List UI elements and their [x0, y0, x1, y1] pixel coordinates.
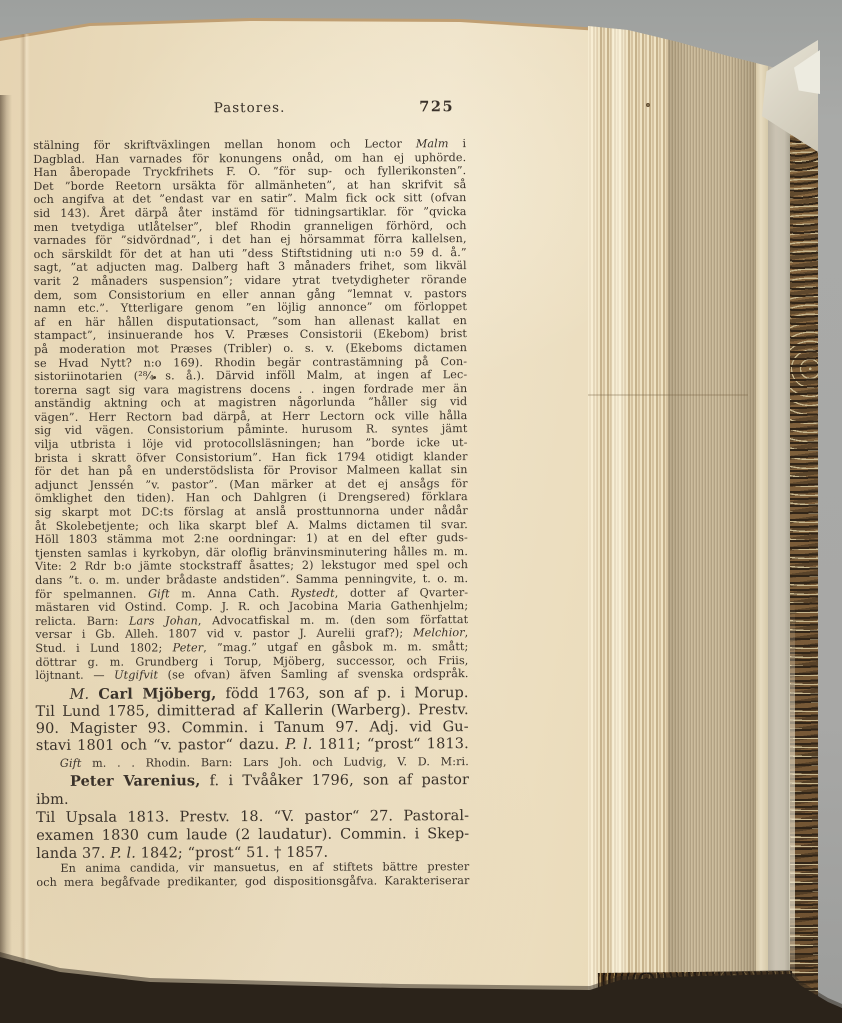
text-line: Til Upsala 1813. Prestv. 18. “V. pastor“…: [36, 807, 469, 827]
running-header-title: Pastores.: [214, 100, 286, 116]
text-line: dans ”t. o. m. under brådaste andstiden”…: [35, 572, 468, 587]
text-line: Gift m. . . Rhodin. Barn: Lars Joh. och …: [36, 755, 469, 770]
page-stack-band-fine: [668, 0, 756, 1005]
text-line: vilja utbrista i löje vid protocollsläsn…: [34, 436, 467, 451]
paragraph-varenius-note: En anima candida, vir mansuetus, en af s…: [36, 860, 469, 889]
text-line: löjtnant. — Utgifvit (se ofvan) äfven Sa…: [35, 667, 468, 682]
text-line: sig skarpt mot DC:ts förslag at anslå pr…: [35, 504, 468, 519]
text-line: examen 1830 cum laude (2 laudatur). Comm…: [36, 825, 469, 845]
paragraph-carl-mjoberg: M. Carl Mjöberg, född 1763, son af p. i …: [36, 684, 469, 756]
page-crease: [20, 34, 30, 984]
text-line: 90. Magister 93. Commin. i Tanum 97. Adj…: [36, 719, 469, 738]
endpaper-band: [768, 0, 790, 1005]
page-stack-band-coarse: [588, 0, 668, 1005]
text-line: stavi 1801 och “v. pastor“ dazu. P. l. 1…: [36, 736, 469, 755]
page-stack-band-light: [756, 0, 768, 1005]
text-line: och mera begåfvade predikanter, god disp…: [36, 874, 469, 889]
paper-hole: [646, 103, 650, 107]
text-line: på moderation mot Præses (Tribler) o. s.…: [34, 341, 467, 356]
text-line: varit 2 månaders suspension”; vidare ytr…: [34, 273, 467, 288]
paragraph-rhodin-continuation: stälning för skriftväxlingen mellan hono…: [33, 137, 468, 683]
gutter-shadow: [0, 95, 12, 990]
text-line: sistoriinotarien (²⁸⁄₄ s. å.). Därvid in…: [34, 368, 467, 383]
paragraph-peter-varenius: Peter Varenius, f. i Tvååker 1796, son a…: [36, 771, 469, 863]
page-number: 725: [419, 98, 454, 115]
text-line: Peter Varenius, f. i Tvååker 1796, son a…: [36, 771, 469, 809]
text-line: Stud. i Lund 1802; Peter, ”mag.” utgaf e…: [35, 640, 468, 655]
text-line: sid 143). Året därpå åter instämd för ti…: [33, 205, 466, 220]
text-line: Til Lund 1785, dimitterad af Kallerin (W…: [36, 702, 469, 721]
running-header: Pastores. 725: [33, 99, 466, 117]
page-text-column: Pastores. 725 stälning för skriftväxling…: [33, 99, 469, 889]
paragraph-mjoberg-family: Gift m. . . Rhodin. Barn: Lars Joh. och …: [36, 755, 469, 770]
text-line: stälning för skriftväxlingen mellan hono…: [33, 137, 466, 152]
scanned-book-photo: Pastores. 725 stälning för skriftväxling…: [0, 0, 842, 1023]
text-line: M. Carl Mjöberg, född 1763, son af p. i …: [36, 684, 469, 704]
stack-crease-line: [588, 394, 748, 396]
fore-edge-page-stack: [588, 0, 790, 1005]
cover-wear-streak: [789, 600, 795, 990]
